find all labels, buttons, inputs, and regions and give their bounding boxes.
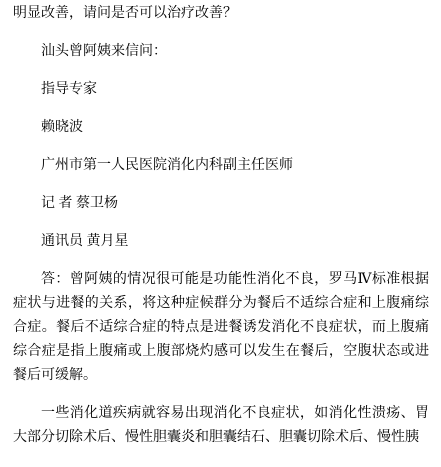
paragraph: 记 者 蔡卫杨	[13, 192, 429, 216]
document-page: { "page": { "background_color": "#ffffff…	[0, 0, 441, 467]
paragraph: 明显改善，请问是否可以治疗改善？	[13, 2, 429, 26]
article-body: 明显改善，请问是否可以治疗改善？汕头曾阿姨来信问：指导专家赖晓波广州市第一人民医…	[0, 0, 441, 467]
paragraph: 答：曾阿姨的情况很可能是功能性消化不良，罗马Ⅳ标准根据症状与进餐的关系，将这种症…	[13, 268, 429, 388]
paragraph: 赖晓波	[13, 116, 429, 140]
paragraph: 通讯员 黄月星	[13, 230, 429, 254]
paragraph: 一些消化道疾病就容易出现消化不良症状，如消化性溃疡、胃大部分切除术后、慢性胆囊炎…	[13, 402, 429, 450]
paragraph: 指导专家	[13, 78, 429, 102]
paragraph: 汕头曾阿姨来信问：	[13, 40, 429, 64]
paragraph: 广州市第一人民医院消化内科副主任医师	[13, 154, 429, 178]
